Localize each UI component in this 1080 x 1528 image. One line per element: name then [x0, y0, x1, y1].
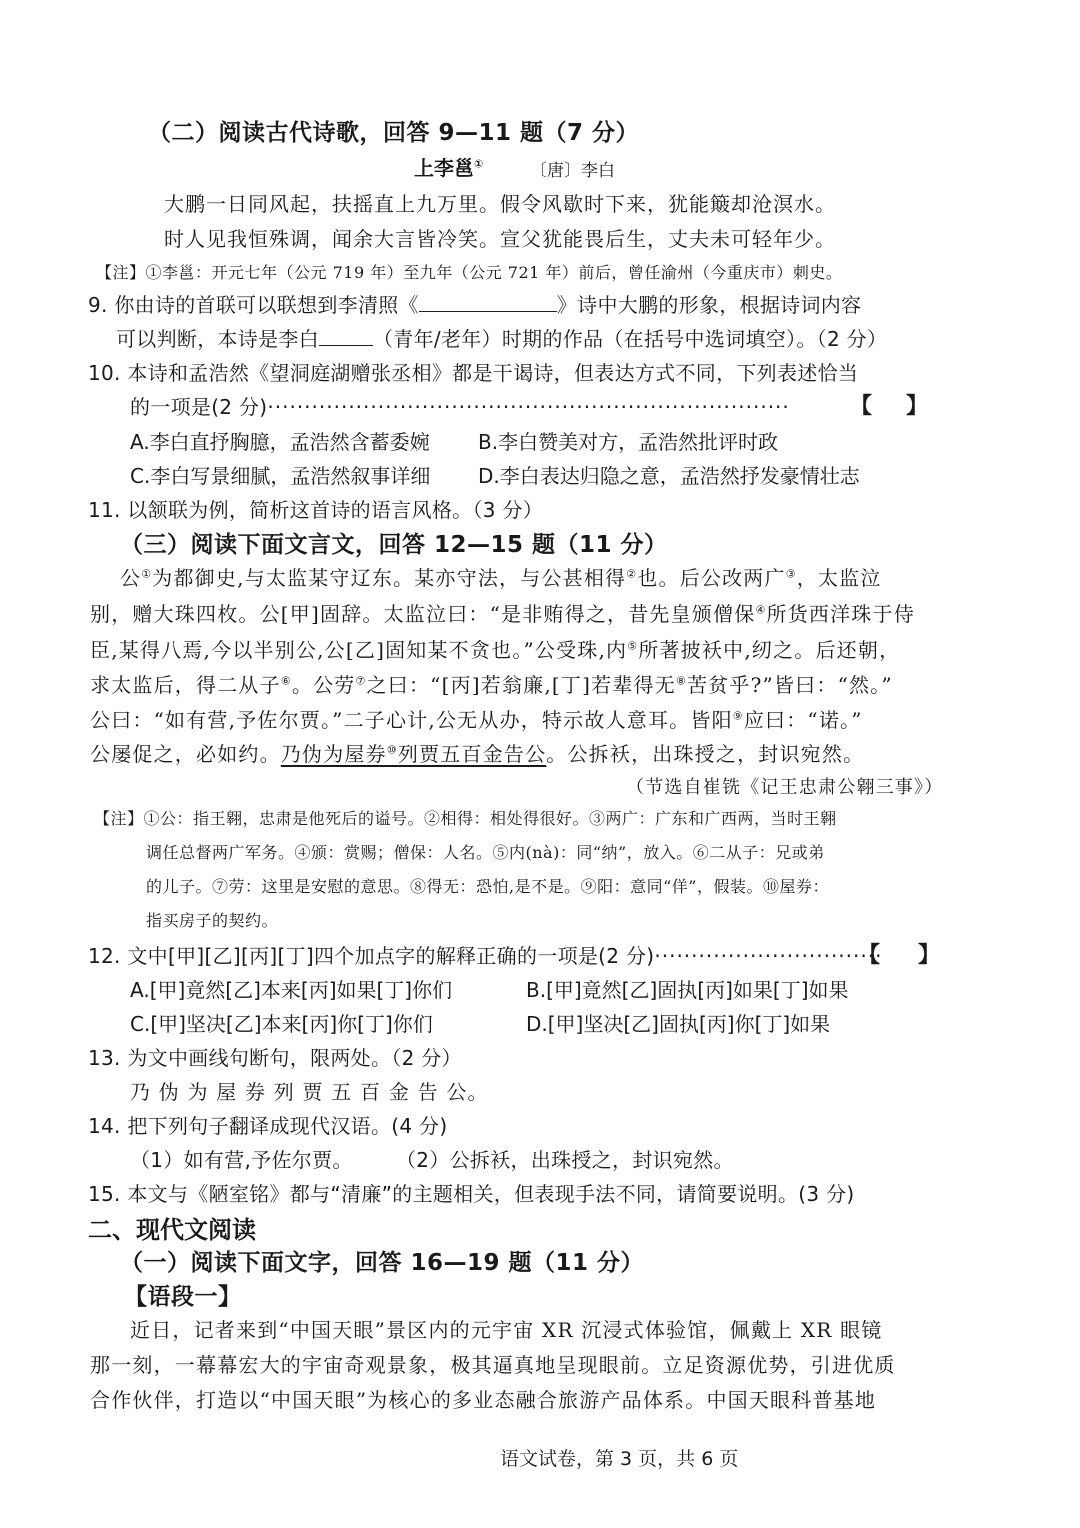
underlined-sentence: 乃伪为屋券⑩列贾五百金告公 [281, 742, 546, 766]
page-footer: 语文试卷，第 3 页，共 6 页 [500, 1444, 738, 1471]
question-14: 14. 把下列句子翻译成现代汉语。(4 分) [88, 1110, 447, 1139]
question-11: 11. 以颔联为例，简析这首诗的语言风格。（3 分） [88, 494, 543, 523]
modern-paragraph-line-3: 合作伙伴，打造以“中国天眼”为核心的多业态融合旅游产品体系。中国天眼科普基地 [90, 1384, 876, 1413]
section-heading-poetry: （二）阅读古代诗歌，回答 9—11 题（7 分） [148, 114, 639, 147]
sub-heading-modern: （一）阅读下面文字，回答 16—19 题（11 分） [120, 1244, 644, 1277]
q9-text-c: 可以判断，本诗是李白 [116, 327, 319, 351]
classical-note-line-4: 指买房子的契约。 [146, 908, 278, 931]
q9-text-d: （青年/老年）时期的作品（在括号中选词填空）。（2 分） [373, 327, 887, 351]
poem-title-footnote-mark: ① [474, 157, 483, 170]
q9-text-a: 9. 你由诗的首联可以联想到李清照《 [88, 293, 419, 317]
exam-page: （二）阅读古代诗歌，回答 9—11 题（7 分） 上李邕① 〔唐〕李白 大鹏一日… [0, 0, 1080, 1528]
passage-line-3: 臣,某得八焉,今以半别公,公[乙]固知某不贪也。”公受珠,内⑤所著披袄中,纫之。… [90, 634, 900, 663]
poem-line-1: 大鹏一日同风起，扶摇直上九万里。假令风歇时下来，犹能簸却沧溟水。 [164, 188, 836, 217]
poem-note: 【注】①李邕：开元七年（公元 719 年）至九年（公元 721 年）前后，曾任渝… [96, 260, 842, 283]
question-9-line-2: 可以判断，本诗是李白（青年/老年）时期的作品（在括号中选词填空）。（2 分） [116, 323, 887, 352]
modern-paragraph-line-1: 近日，记者来到“中国天眼”景区内的元宇宙 XR 沉浸式体验馆，佩戴上 XR 眼镜 [130, 1314, 882, 1343]
q12-answer-bracket-close: 】 [918, 938, 940, 969]
q10-answer-bracket-close: 】 [906, 389, 928, 420]
poem-title: 上李邕① [414, 152, 483, 181]
q10-option-c: C.李白写景细腻，孟浩然叙事详细 [130, 460, 430, 489]
part-heading-modern-reading: 二、现代文阅读 [88, 1210, 256, 1245]
passage-line-2: 别，赠大珠四枚。公[甲]固辞。太监泣曰：“是非贿得之，昔先皇颁僧保④所货西洋珠于… [90, 598, 915, 627]
q10-option-d: D.李白表达归隐之意，孟浩然抒发豪情壮志 [478, 460, 860, 489]
question-9-line-1: 9. 你由诗的首联可以联想到李清照《》诗中大鹏的形象，根据诗词内容 [88, 289, 861, 318]
modern-paragraph-line-2: 那一刻，一幕幕宏大的宇宙奇观景象，极其逼真地呈现眼前。立足资源优势，引进优质 [90, 1349, 896, 1378]
q13-sentence: 乃 伪 为 屋 券 列 贾 五 百 金 告 公。 [130, 1076, 489, 1105]
segment-label: 【语段一】 [124, 1278, 242, 1311]
question-12: 12. 文中[甲][乙][丙][丁]四个加点字的解释正确的一项是(2 分)···… [88, 940, 882, 969]
q10-answer-bracket-open: 【 [850, 389, 872, 420]
classical-note-line-2: 调任总督两广军务。④颁：赏赐；僧保：人名。⑤内(nà)：同“纳”，放入。⑥二从子… [146, 840, 825, 863]
classical-note-line-3: 的儿子。⑦劳：这里是安慰的意思。⑧得无：恐怕,是不是。⑨阳：意同“佯”，假装。⑩… [146, 874, 829, 897]
q14-item-1: （1）如有营,予佐尔贾。 [130, 1144, 353, 1173]
q10-option-a: A.李白直抒胸臆，孟浩然含蓄委婉 [130, 426, 430, 455]
q10-option-b: B.李白赞美对方，孟浩然批评时政 [478, 426, 778, 455]
passage-line-1: 公①为都御史,与太监某守辽东。某亦守法，与公甚相得②也。后公改两广③，太监泣 [120, 562, 882, 591]
q9-blank-age[interactable] [319, 327, 373, 346]
passage-line-5: 公曰：“如有营,予佐尔贾。”二子心计,公无从办，特示故人意耳。皆阳⑨应曰：“诺。… [90, 704, 863, 733]
q10-text: 的一项是(2 分) [130, 395, 267, 419]
q9-text-b: 》诗中大鹏的形象，根据诗词内容 [557, 293, 862, 317]
q12-option-c: C.[甲]坚决[乙]本来[丙]你[丁]你们 [130, 1008, 433, 1037]
q12-option-a: A.[甲]竟然[乙]本来[丙]如果[丁]你们 [130, 974, 452, 1003]
q12-option-d: D.[甲]坚决[乙]固执[丙]你[丁]如果 [526, 1008, 830, 1037]
q9-blank-poem-title[interactable] [419, 293, 557, 312]
passage-source: （节选自崔铣《记王忠肃公翱三事》） [626, 773, 943, 799]
q12-text: 12. 文中[甲][乙][丙][丁]四个加点字的解释正确的一项是(2 分) [88, 944, 654, 968]
q10-leader-dots: ········································… [267, 395, 789, 419]
poem-line-2: 时人见我恒殊调，闻余大言皆冷笑。宣父犹能畏后生，丈夫未可轻年少。 [164, 223, 836, 252]
passage-line-4: 求太监后，得二从子⑥。公劳⑦之曰：“[丙]若翁廉,[丁]若辈得无⑧苦贫乎?”皆曰… [90, 669, 893, 698]
section-heading-classical: （三）阅读下面文言文，回答 12—15 题（11 分） [120, 526, 668, 559]
poem-author: 〔唐〕李白 [530, 156, 615, 181]
q12-option-b: B.[甲]竟然[乙]固执[丙]如果[丁]如果 [526, 974, 849, 1003]
q12-answer-bracket-open: 【 [858, 938, 880, 969]
q14-item-2: （2）公拆袄，出珠授之，封识宛然。 [396, 1144, 734, 1173]
passage-line-6: 公屡促之，必如约。乃伪为屋券⑩列贾五百金告公。公拆袄，出珠授之，封识宛然。 [90, 738, 864, 767]
question-15: 15. 本文与《陋室铭》都与“清廉”的主题相关，但表现手法不同，请简要说明。(3… [88, 1178, 854, 1207]
classical-note-line-1: 【注】①公：指王翱，忠肃是他死后的谥号。②相得：相处得很好。③两广：广东和广西两… [94, 806, 837, 829]
q12-leader-dots: ······························· [654, 944, 882, 968]
question-10-line-1: 10. 本诗和孟浩然《望洞庭湖赠张丞相》都是干谒诗，但表达方式不同，下列表述恰当 [88, 357, 858, 386]
question-10-line-2: 的一项是(2 分)·······························… [130, 391, 790, 420]
poem-title-text: 上李邕 [414, 156, 474, 180]
question-13: 13. 为文中画线句断句，限两处。（2 分） [88, 1042, 462, 1071]
